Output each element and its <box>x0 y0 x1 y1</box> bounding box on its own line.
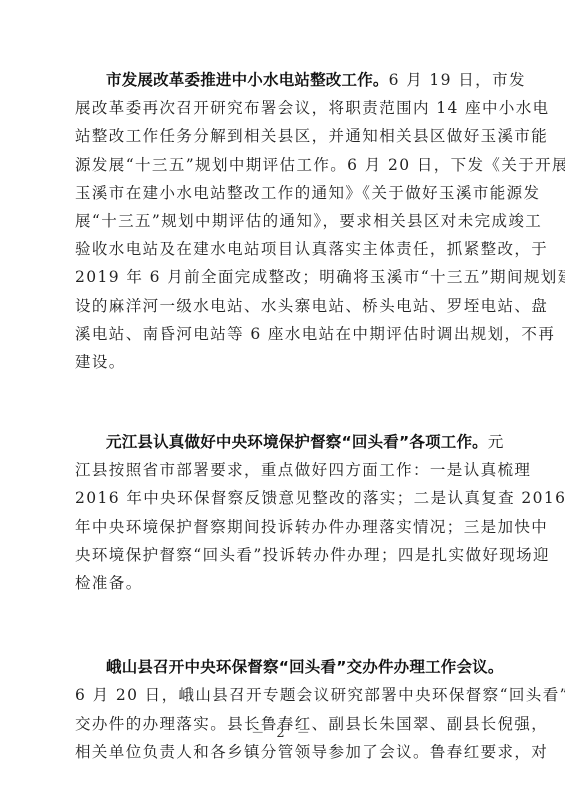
paragraph-line: 江县按照省市部署要求，重点做好四方面工作：一是认真梳理 <box>75 456 495 484</box>
paragraph-line: 溪电站、南昏河电站等 6 座水电站在中期评估时调出规划，不再 <box>75 320 495 348</box>
paragraph-first-line: 峨山县召开中央环保督察“回头看”交办件办理工作会议。 <box>75 653 495 681</box>
page-number: － 2 － <box>0 722 565 741</box>
section-spacer <box>75 376 495 428</box>
paragraph-text: 元 <box>488 433 505 451</box>
paragraph-line: 设的麻洋河一级水电站、水头寨电站、桥头电站、罗垤电站、盘 <box>75 292 495 320</box>
paragraph-line: 相关单位负责人和各乡镇分管领导参加了会议。鲁春红要求，对 <box>75 738 495 766</box>
paragraph-text: 6 月 19 日，市发 <box>389 71 526 89</box>
paragraph-line: 玉溪市在建小水电站整改工作的通知》《关于做好玉溪市能源发 <box>75 179 495 207</box>
document-page: 市发展改革委推进中小水电站整改工作。6 月 19 日，市发 展改革委再次召开研究… <box>75 66 495 766</box>
paragraph-line: 6 月 20 日，峨山县召开专题会议研究部署中央环保督察“回头看” <box>75 681 495 709</box>
paragraph-line: 源发展“十三五”规划中期评估工作。6 月 20 日，下发《关于开展 <box>75 151 495 179</box>
section-eshan: 峨山县召开中央环保督察“回头看”交办件办理工作会议。 6 月 20 日，峨山县召… <box>75 653 495 766</box>
section-spacer <box>75 597 495 653</box>
paragraph-line: 建设。 <box>75 348 495 376</box>
paragraph-line: 展“十三五”规划中期评估的通知》，要求相关县区对未完成竣工 <box>75 207 495 235</box>
paragraph-line: 2019 年 6 月前全面完成整改；明确将玉溪市“十三五”期间规划建 <box>75 263 495 291</box>
paragraph-line: 站整改工作任务分解到相关县区，并通知相关县区做好玉溪市能 <box>75 122 495 150</box>
paragraph-line: 2016 年中央环保督察反馈意见整改的落实；二是认真复查 2016 <box>75 484 495 512</box>
paragraph-line: 年中央环境保护督察期间投诉转办件办理落实情况；三是加快中 <box>75 513 495 541</box>
paragraph-line: 展改革委再次召开研究布署会议，将职责范围内 14 座中小水电 <box>75 94 495 122</box>
section-heading: 元江县认真做好中央环境保护督察“回头看”各项工作。 <box>106 433 488 451</box>
paragraph-line: 验收水电站及在建水电站项目认真落实主体责任，抓紧整改，于 <box>75 235 495 263</box>
paragraph-line: 检准备。 <box>75 569 495 597</box>
paragraph-first-line: 市发展改革委推进中小水电站整改工作。6 月 19 日，市发 <box>75 66 495 94</box>
paragraph-line: 央环境保护督察“回头看”投诉转办件办理；四是扎实做好现场迎 <box>75 541 495 569</box>
section-yuanjiang: 元江县认真做好中央环境保护督察“回头看”各项工作。元 江县按照省市部署要求，重点… <box>75 428 495 597</box>
section-hydropower: 市发展改革委推进中小水电站整改工作。6 月 19 日，市发 展改革委再次召开研究… <box>75 66 495 376</box>
paragraph-first-line: 元江县认真做好中央环境保护督察“回头看”各项工作。元 <box>75 428 495 456</box>
section-heading: 峨山县召开中央环保督察“回头看”交办件办理工作会议。 <box>106 658 504 676</box>
section-heading: 市发展改革委推进中小水电站整改工作。 <box>106 71 389 89</box>
